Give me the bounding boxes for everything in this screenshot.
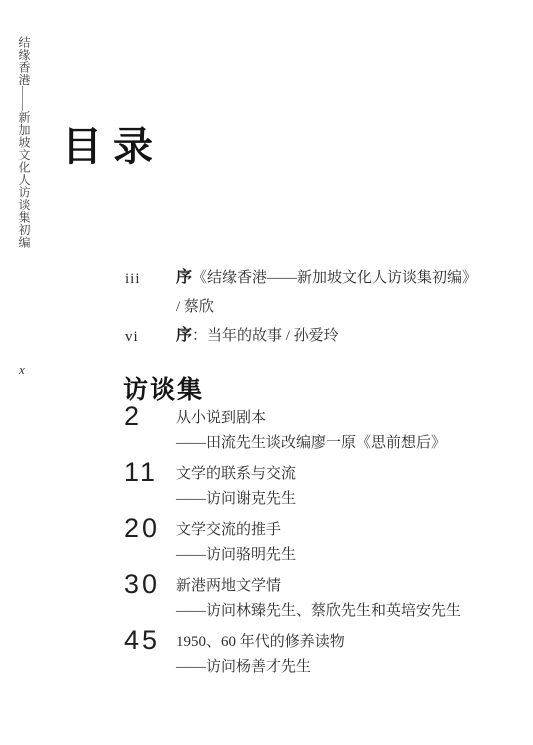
preface-label: 序 — [176, 327, 192, 344]
preface-label: 序 — [176, 269, 192, 286]
front-matter-row: vi 序：当年的故事 / 孙爱玲 — [0, 326, 533, 346]
toc-entry: 45 1950、60 年代的修养读物 ——访问杨善才先生 — [0, 630, 533, 680]
folio-page-number: x — [19, 362, 25, 378]
entry-page-number: 20 — [124, 516, 160, 541]
entry-page-number: 45 — [124, 628, 160, 653]
front-matter-title: 序：当年的故事 / 孙爱玲 — [176, 328, 339, 344]
entry-title: 文学的联系与交流 — [176, 462, 533, 487]
entry-subtitle: ——访问骆明先生 — [176, 543, 533, 568]
byline-text: / 蔡欣 — [176, 299, 214, 315]
entry-page-number: 2 — [124, 404, 142, 429]
front-matter-text: ：当年的故事 / 孙爱玲 — [192, 328, 339, 344]
page-ref: iii — [125, 269, 141, 289]
toc-entry: 2 从小说到剧本 ——田流先生谈改编廖一原《思前想后》 — [0, 406, 533, 456]
entry-subtitle: ——访问林臻先生、蔡欣先生和英培安先生 — [176, 599, 533, 624]
front-matter-row: iii 序《结缘香港——新加坡文化人访谈集初编》 — [0, 268, 533, 288]
front-matter-text: 《结缘香港——新加坡文化人访谈集初编》 — [192, 270, 477, 286]
page-title: 目录 — [62, 123, 164, 171]
spine-running-title: 结缘香港——新加坡文化人访谈集初编 — [16, 36, 31, 251]
toc-entry: 11 文学的联系与交流 ——访问谢克先生 — [0, 462, 533, 512]
toc-entry: 20 文学交流的推手 ——访问骆明先生 — [0, 518, 533, 568]
entry-title: 从小说到剧本 — [176, 406, 533, 431]
entry-subtitle: ——田流先生谈改编廖一原《思前想后》 — [176, 431, 533, 456]
entry-subtitle: ——访问杨善才先生 — [176, 655, 533, 680]
entry-title: 新港两地文学情 — [176, 574, 533, 599]
front-matter-byline: / 蔡欣 — [0, 297, 533, 317]
entry-subtitle: ——访问谢克先生 — [176, 487, 533, 512]
entry-title: 文学交流的推手 — [176, 518, 533, 543]
toc-entries: 2 从小说到剧本 ——田流先生谈改编廖一原《思前想后》 11 文学的联系与交流 … — [0, 406, 533, 686]
book-toc-page: 结缘香港——新加坡文化人访谈集初编 x 目录 iii 序《结缘香港——新加坡文化… — [0, 0, 533, 745]
toc-entry: 30 新港两地文学情 ——访问林臻先生、蔡欣先生和英培安先生 — [0, 574, 533, 624]
entry-title: 1950、60 年代的修养读物 — [176, 630, 533, 655]
front-matter-title: 序《结缘香港——新加坡文化人访谈集初编》 — [176, 270, 477, 286]
page-ref: vi — [125, 327, 139, 347]
entry-page-number: 30 — [124, 572, 160, 597]
entry-page-number: 11 — [124, 460, 158, 485]
